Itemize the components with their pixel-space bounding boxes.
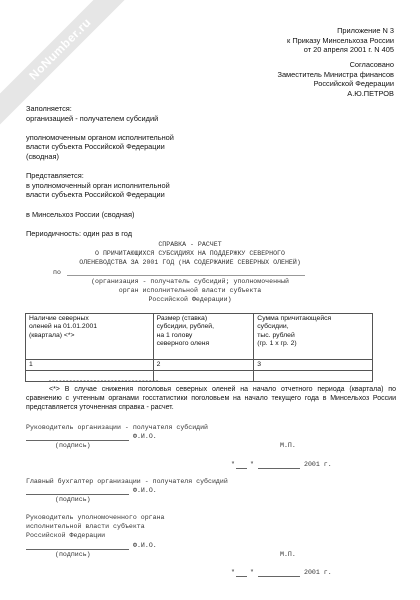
submitted-to-item: власти субъекта Российской Федерации: [26, 190, 174, 200]
head-authority-fio: Ф.И.О.: [133, 541, 157, 550]
approval-line: Согласовано: [277, 60, 394, 70]
head-authority-title-line: Российской Федерации: [26, 531, 165, 540]
chief-accountant-sign-caption: (подпись): [55, 495, 91, 504]
footnote-separator: --------------------------------: [48, 376, 159, 385]
title-line: СПРАВКА - РАСЧЕТ: [40, 240, 340, 249]
po-label: по: [53, 268, 61, 277]
approval-line: Российской Федерации: [277, 79, 394, 89]
filled-by-section: Заполняется: организацией - получателем …: [26, 104, 174, 238]
appendix-line: Приложение N 3: [287, 26, 394, 36]
periodicity: Периодичность: один раз в год: [26, 229, 174, 239]
filled-by-label: Заполняется:: [26, 104, 174, 114]
amount-cell[interactable]: [254, 371, 373, 382]
head-authority-date-month-field[interactable]: [258, 576, 300, 577]
head-org-date-month-field[interactable]: [258, 468, 300, 469]
submitted-to-item: в уполномоченный орган исполнительной: [26, 181, 174, 191]
appendix-line: от 20 апреля 2001 г. N 405: [287, 45, 394, 55]
head-org-fio: Ф.И.О.: [133, 432, 157, 441]
head-org-date-day-field[interactable]: [236, 468, 247, 469]
head-org-date-quote-close: ": [250, 460, 254, 469]
submitted-to-label: Представляется:: [26, 171, 174, 181]
submitted-to-item: в Минсельхоз России (сводная): [26, 210, 174, 220]
organization-caption: (организация - получатель субсидий; упол…: [40, 277, 340, 305]
head-org-date-quote-open: ": [231, 460, 235, 469]
filled-by-item: (сводная): [26, 152, 174, 162]
head-org-date-year: 2001 г.: [304, 460, 332, 469]
head-authority-date-quote-close: ": [250, 568, 254, 577]
table-header-row: Наличие северных оленей на 01.01.2001 (к…: [26, 314, 373, 360]
chief-accountant-fio: Ф.И.О.: [133, 486, 157, 495]
approval-line: Заместитель Министра финансов: [277, 70, 394, 80]
head-org-title: Руководитель организации - получателя су…: [26, 423, 208, 432]
head-authority-title: Руководитель уполномоченного органа испо…: [26, 513, 165, 541]
filled-by-item: власти субъекта Российской Федерации: [26, 142, 174, 152]
filled-by-item: уполномоченным органом исполнительной: [26, 133, 174, 143]
column-number: 1: [26, 360, 154, 371]
header-cell-reindeer-count: Наличие северных оленей на 01.01.2001 (к…: [26, 314, 154, 360]
head-authority-stamp: М.П.: [280, 550, 296, 559]
caption-line: (организация - получатель субсидий; упол…: [40, 277, 340, 286]
head-authority-date-day-field[interactable]: [236, 576, 247, 577]
column-number: 2: [153, 360, 254, 371]
appendix-line: к Приказу Минсельхоза России: [287, 36, 394, 46]
caption-line: орган исполнительной власти субъекта: [40, 286, 340, 295]
head-org-sign-caption: (подпись): [55, 441, 91, 450]
head-authority-sign-caption: (подпись): [55, 550, 91, 559]
head-authority-date-year: 2001 г.: [304, 568, 332, 577]
subsidy-table: Наличие северных оленей на 01.01.2001 (к…: [25, 313, 373, 382]
title-line: ОЛЕНЕВОДСТВА ЗА 2001 ГОД (НА СОДЕРЖАНИЕ …: [40, 258, 340, 267]
header-cell-amount: Сумма причитающейся субсидии, тыс. рубле…: [254, 314, 373, 360]
head-authority-title-line: Руководитель уполномоченного органа: [26, 513, 165, 522]
organization-name-field[interactable]: [67, 275, 305, 276]
rate-cell[interactable]: [153, 371, 254, 382]
column-number: 3: [254, 360, 373, 371]
table-column-numbers-row: 1 2 3: [26, 360, 373, 371]
title-line: О ПРИЧИТАЮЩИХСЯ СУБСИДИЯХ НА ПОДДЕРЖКУ С…: [40, 249, 340, 258]
approval-block: Согласовано Заместитель Министра финансо…: [277, 60, 394, 98]
approval-signatory: А.Ю.ПЕТРОВ: [277, 89, 394, 99]
header-cell-rate: Размер (ставка) субсидии, рублей, на 1 г…: [153, 314, 254, 360]
head-org-stamp: М.П.: [280, 441, 296, 450]
head-authority-date-quote-open: ": [231, 568, 235, 577]
caption-line: Российской Федерации): [40, 295, 340, 304]
footnote-text: <*> В случае снижения поголовья северных…: [26, 385, 396, 413]
appendix-reference: Приложение N 3 к Приказу Минсельхоза Рос…: [287, 26, 394, 55]
document-title: СПРАВКА - РАСЧЕТ О ПРИЧИТАЮЩИХСЯ СУБСИДИ…: [40, 240, 340, 268]
head-authority-title-line: исполнительной власти субъекта: [26, 522, 165, 531]
chief-accountant-title: Главный бухгалтер организации - получате…: [26, 477, 228, 486]
filled-by-item: организацией - получателем субсидий: [26, 114, 174, 124]
